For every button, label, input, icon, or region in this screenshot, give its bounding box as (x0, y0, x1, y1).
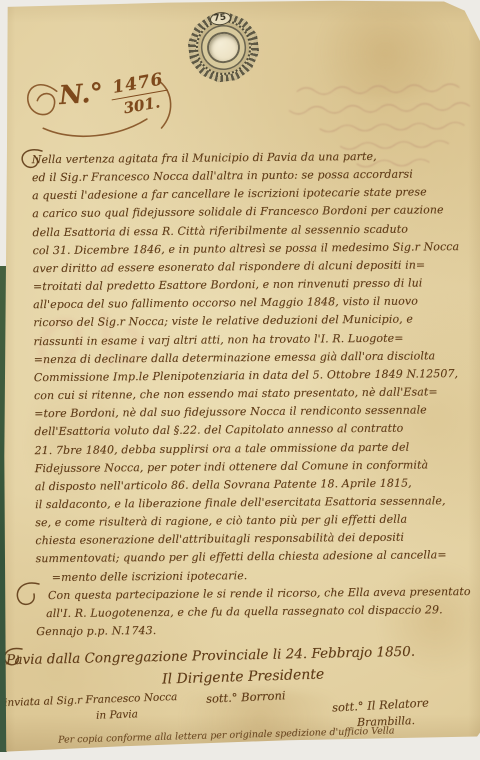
certified-copy-note: Per copia conforme alla lettera per orig… (58, 725, 395, 745)
signer-title: Il Dirigente Presidente (162, 666, 325, 687)
embossed-revenue-stamp: 75 (182, 7, 265, 89)
dateline: Pavia dalla Congregazione Provinciale li… (6, 644, 415, 669)
scanned-document-page: { "palette":{ "paper":"#e4d3a5", "ink":"… (0, 0, 480, 760)
paper-sheet: 75 N.° 1476 301. (0, 0, 480, 760)
registry-prefix: N.° (58, 78, 104, 111)
registry-number: N.° 1476 301. (22, 67, 187, 150)
dispatch-place: in Pavia (96, 708, 138, 721)
letter-body: Nella vertenza agitata fra il Municipio … (32, 147, 480, 641)
relator-title: sott.° Il Relatore (332, 695, 429, 714)
dispatch-note: inviata al Sig.r Francesco Nocca (4, 691, 178, 709)
signature-borroni: sott.° Borroni (206, 688, 286, 705)
body-line: Gennajo p.p. N.1743. (36, 619, 480, 641)
